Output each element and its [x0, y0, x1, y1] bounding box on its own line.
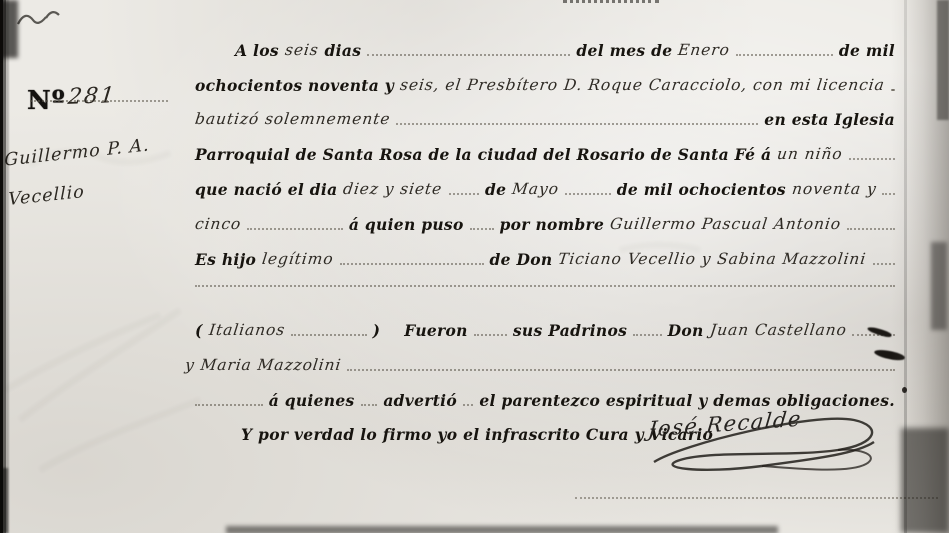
page-edge-left-binding	[0, 0, 10, 533]
edge-dark-patch	[901, 428, 949, 533]
corner-dark-blotch	[0, 468, 8, 533]
corner-dark-blotch	[0, 0, 18, 58]
edge-dark-streak	[937, 0, 949, 120]
ink-bleedthrough-ghost	[0, 0, 949, 533]
edge-dark-patch	[931, 242, 947, 330]
bottom-scan-shadow	[226, 526, 778, 533]
document-page: Nº 281 Guillermo P. A. Vecellio A los se…	[0, 0, 949, 533]
